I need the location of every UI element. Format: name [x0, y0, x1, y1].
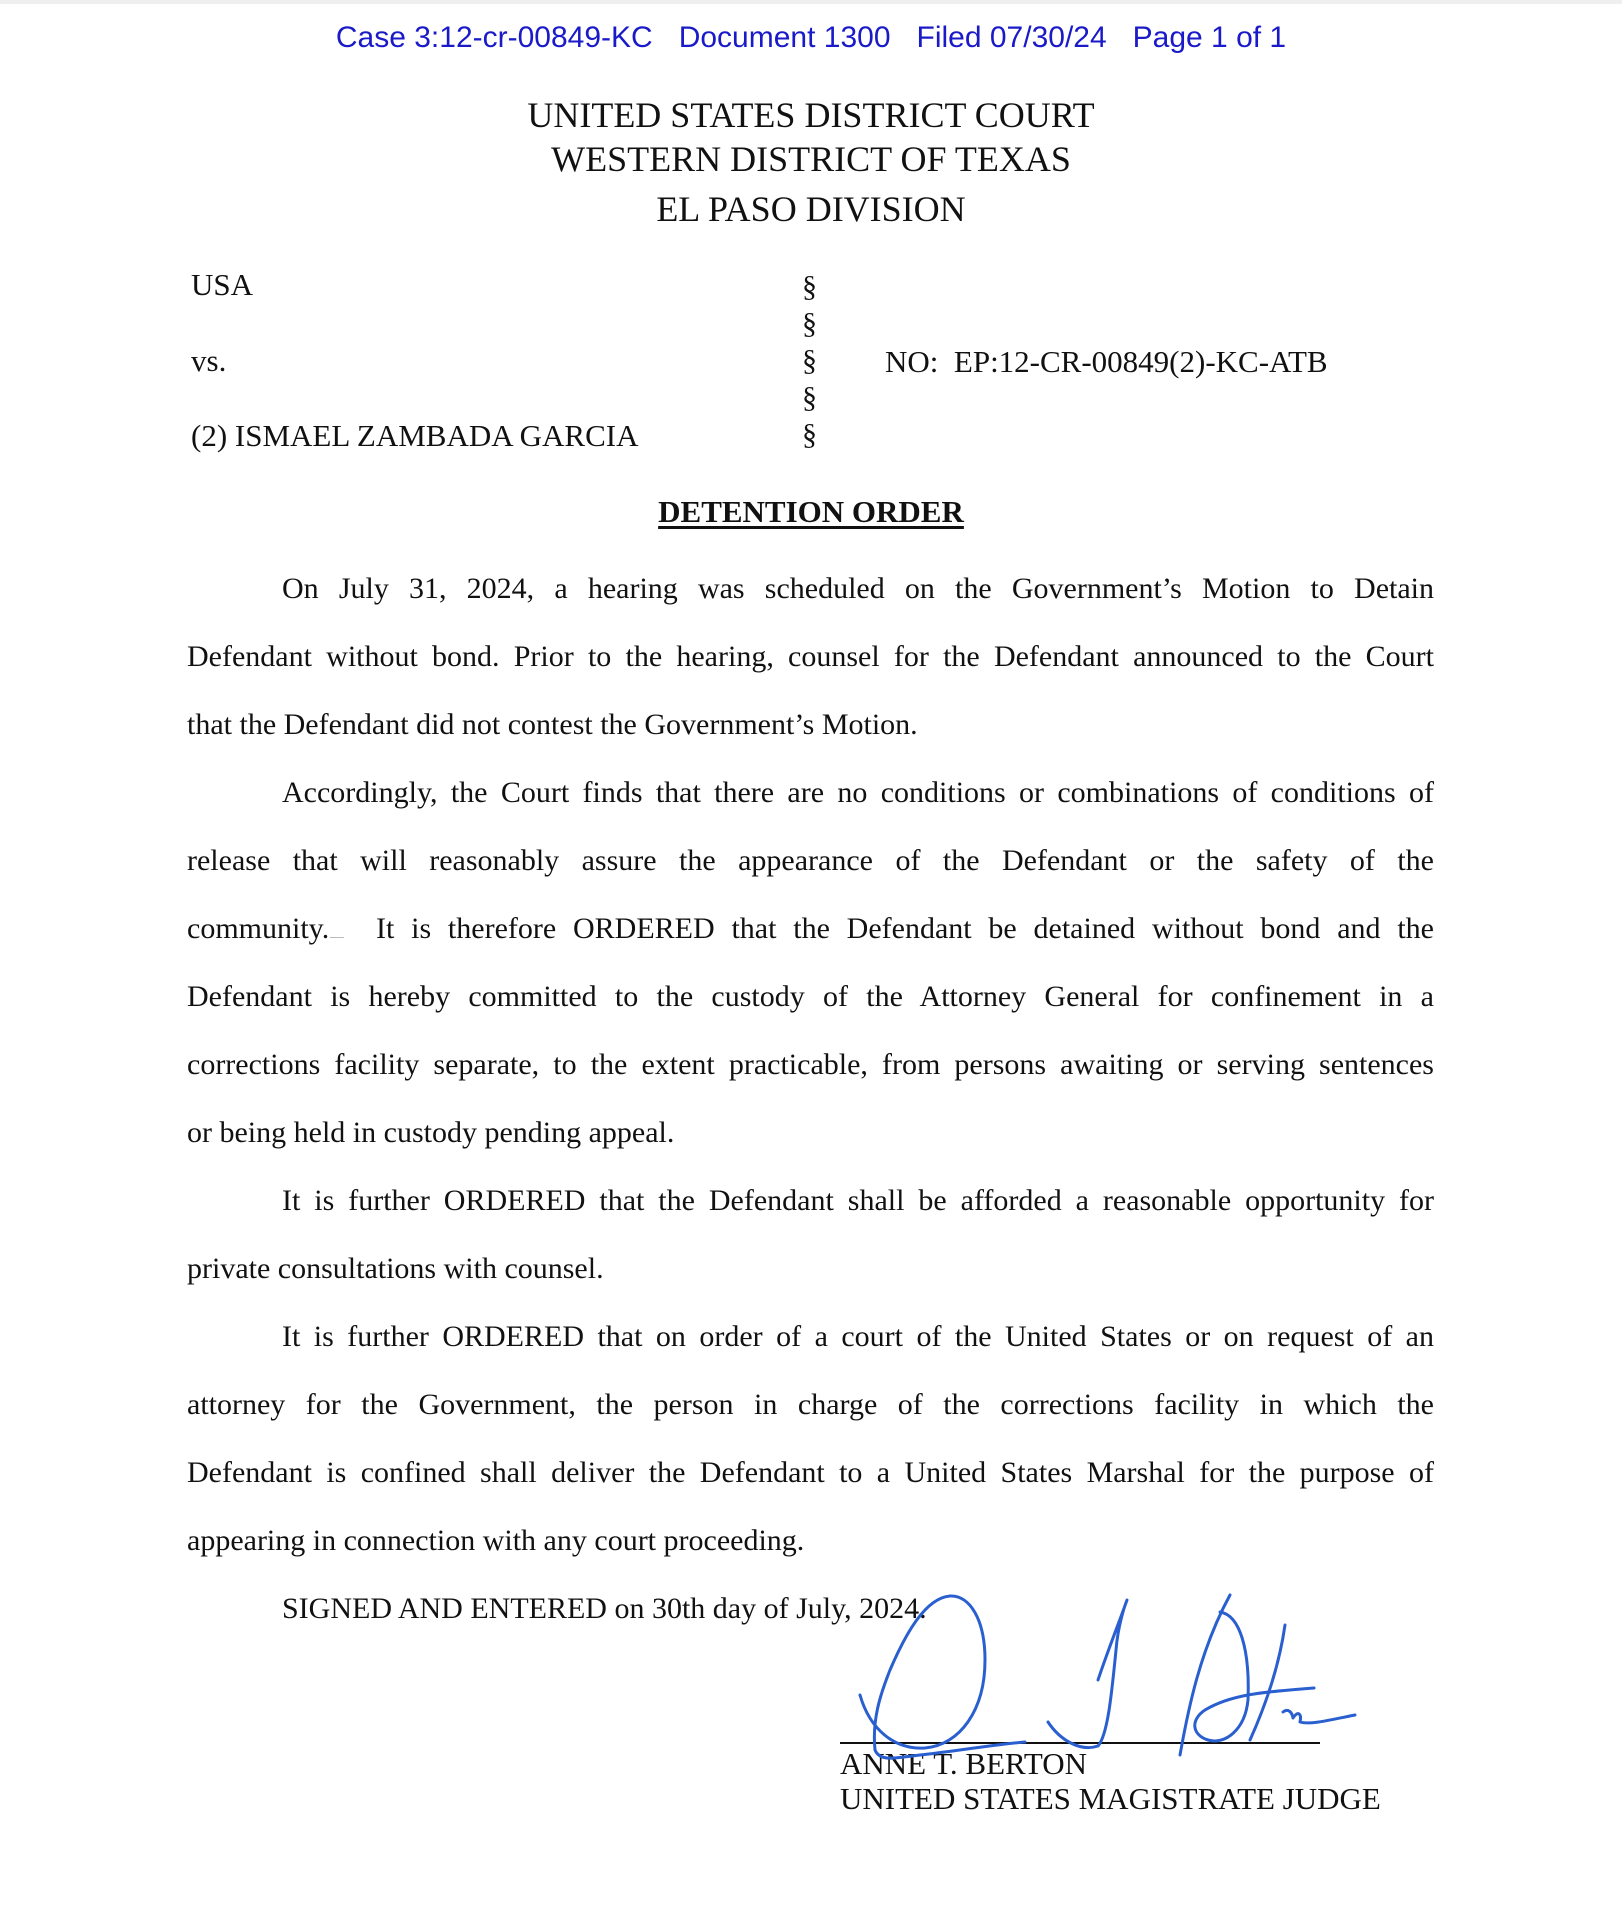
- section-symbol: §: [802, 309, 817, 339]
- stamp-filed: Filed 07/30/24: [917, 21, 1107, 54]
- body-line: Defendant is confined shall deliver the …: [187, 1458, 1434, 1488]
- body-line: private consultations with counsel.: [187, 1254, 1434, 1284]
- case-number: NO: EP:12-CR-00849(2)-KC-ATB: [885, 346, 1328, 377]
- versus: vs.: [191, 345, 226, 376]
- body-line: release that will reasonably assure the …: [187, 846, 1434, 876]
- stamp-document: Document 1300: [679, 21, 891, 54]
- court-district: WESTERN DISTRICT OF TEXAS: [0, 141, 1622, 177]
- section-symbol: §: [802, 383, 817, 413]
- body-line: community. It is therefore ORDERED that …: [187, 914, 1434, 944]
- filing-stamp: Case 3:12-cr-00849-KCDocument 1300Filed …: [0, 21, 1622, 55]
- body-line: corrections facility separate, to the ex…: [187, 1050, 1434, 1080]
- body-line: It is further ORDERED that the Defendant…: [282, 1186, 1434, 1216]
- body-line: appearing in connection with any court p…: [187, 1526, 1434, 1556]
- handwritten-signature-icon: [840, 1590, 1360, 1800]
- defendant: (2) ISMAEL ZAMBADA GARCIA: [191, 420, 639, 451]
- court-name: UNITED STATES DISTRICT COURT: [0, 97, 1622, 133]
- community-word: community.: [187, 912, 329, 945]
- body-line: attorney for the Government, the person …: [187, 1390, 1434, 1420]
- body-line: that the Defendant did not contest the G…: [187, 710, 1434, 740]
- court-division: EL PASO DIVISION: [0, 191, 1622, 227]
- stamp-page: Page 1 of 1: [1133, 21, 1286, 54]
- scan-artifact-underscore: [330, 936, 344, 938]
- body-line: It is further ORDERED that on order of a…: [282, 1322, 1434, 1352]
- body-line: Defendant is hereby committed to the cus…: [187, 982, 1434, 1012]
- body-line: or being held in custody pending appeal.: [187, 1118, 1434, 1148]
- body-line: On July 31, 2024, a hearing was schedule…: [282, 574, 1434, 604]
- plaintiff: USA: [191, 269, 253, 300]
- stamp-case: Case 3:12-cr-00849-KC: [336, 21, 653, 54]
- section-symbol: §: [802, 420, 817, 450]
- page-top-edge: [0, 0, 1622, 4]
- body-line: Defendant without bond. Prior to the hea…: [187, 642, 1434, 672]
- section-symbol: §: [802, 346, 817, 376]
- body-line: Accordingly, the Court finds that there …: [282, 778, 1434, 808]
- section-symbol: §: [802, 272, 817, 302]
- document-title: DETENTION ORDER: [0, 496, 1622, 527]
